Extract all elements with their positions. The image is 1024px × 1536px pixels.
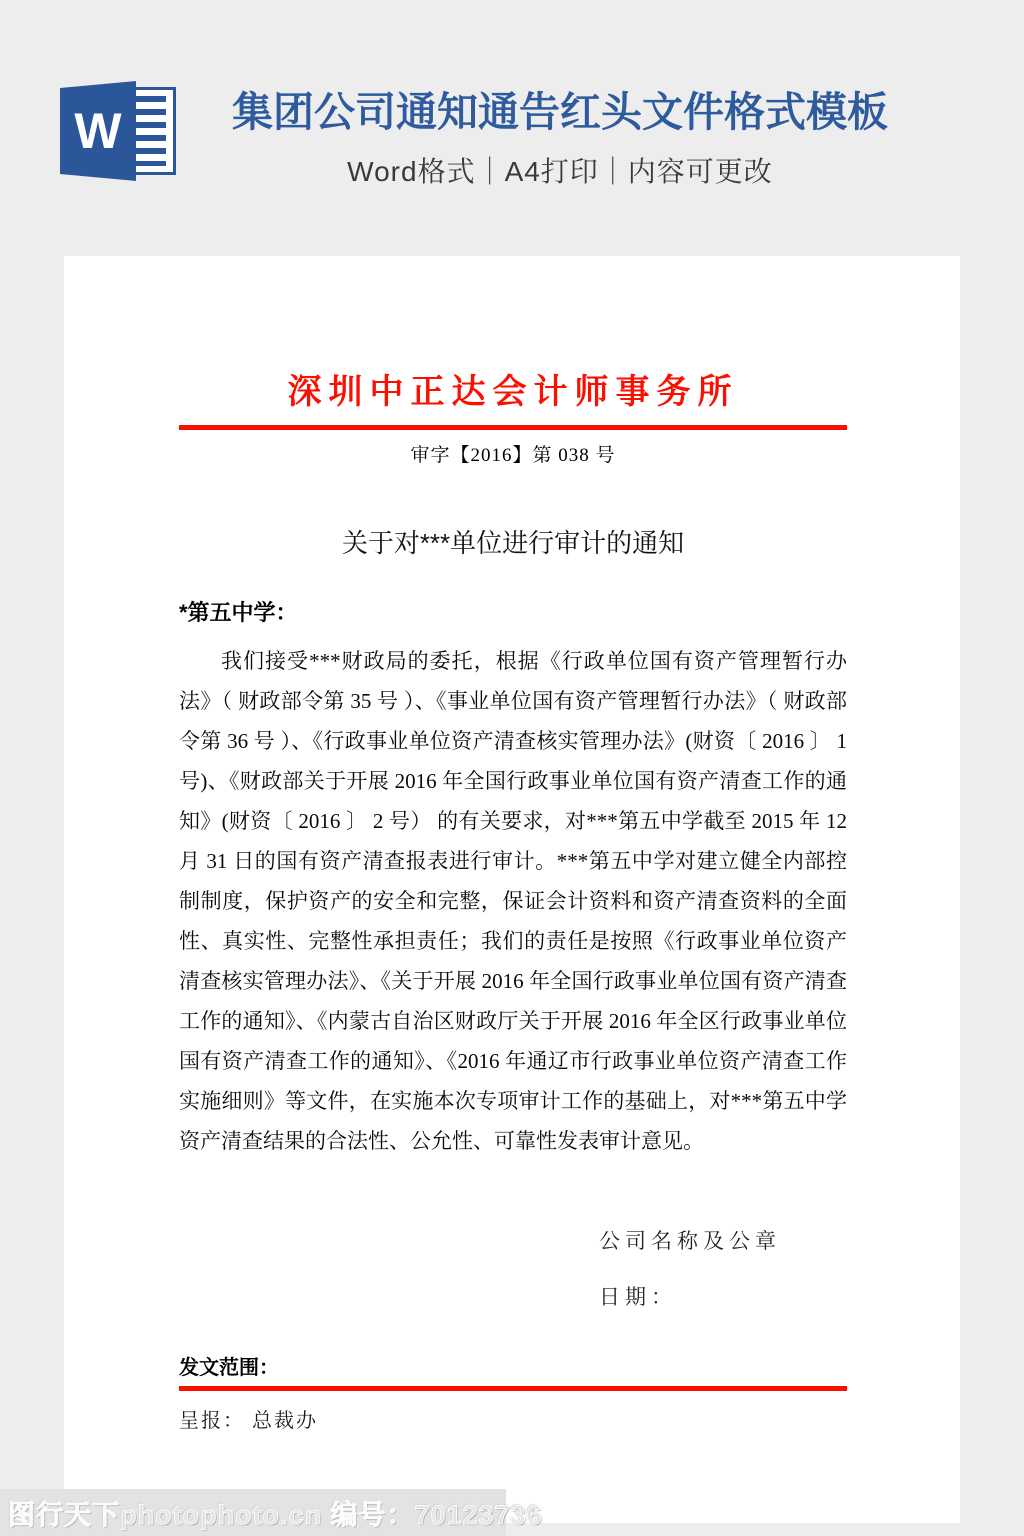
report-to: 呈报： 总裁办	[179, 1404, 847, 1433]
signature-date: 日期：	[599, 1269, 847, 1325]
body-paragraph: 我们接受***财政局的委托，根据《行政单位国有资产管理暂行办法》（ 财政部令第 …	[179, 641, 847, 1161]
subject-title: 关于对***单位进行审计的通知	[179, 523, 847, 560]
salutation: *第五中学：	[179, 596, 847, 627]
document-page: 深圳中正达会计师事务所 审字【2016】第 038 号 关于对***单位进行审计…	[64, 256, 960, 1523]
product-title: 集团公司通知通告红头文件格式模板	[96, 88, 1024, 137]
product-subtitle: Word格式｜A4打印｜内容可更改	[96, 150, 1024, 190]
signature-block: 公司名称及公章 日期：	[599, 1213, 847, 1325]
doc-number: 审字【2016】第 038 号	[179, 440, 847, 467]
promo-header: 集团公司通知通告红头文件格式模板 Word格式｜A4打印｜内容可更改	[96, 88, 1024, 190]
signature-company: 公司名称及公章	[599, 1213, 847, 1269]
org-title: 深圳中正达会计师事务所	[179, 371, 847, 413]
distribution-divider	[179, 1386, 847, 1391]
red-divider	[179, 425, 847, 430]
distribution-label: 发文范围：	[179, 1351, 847, 1380]
watermark: 图行天下photophoto.cn 编号：70123736	[0, 1489, 506, 1536]
